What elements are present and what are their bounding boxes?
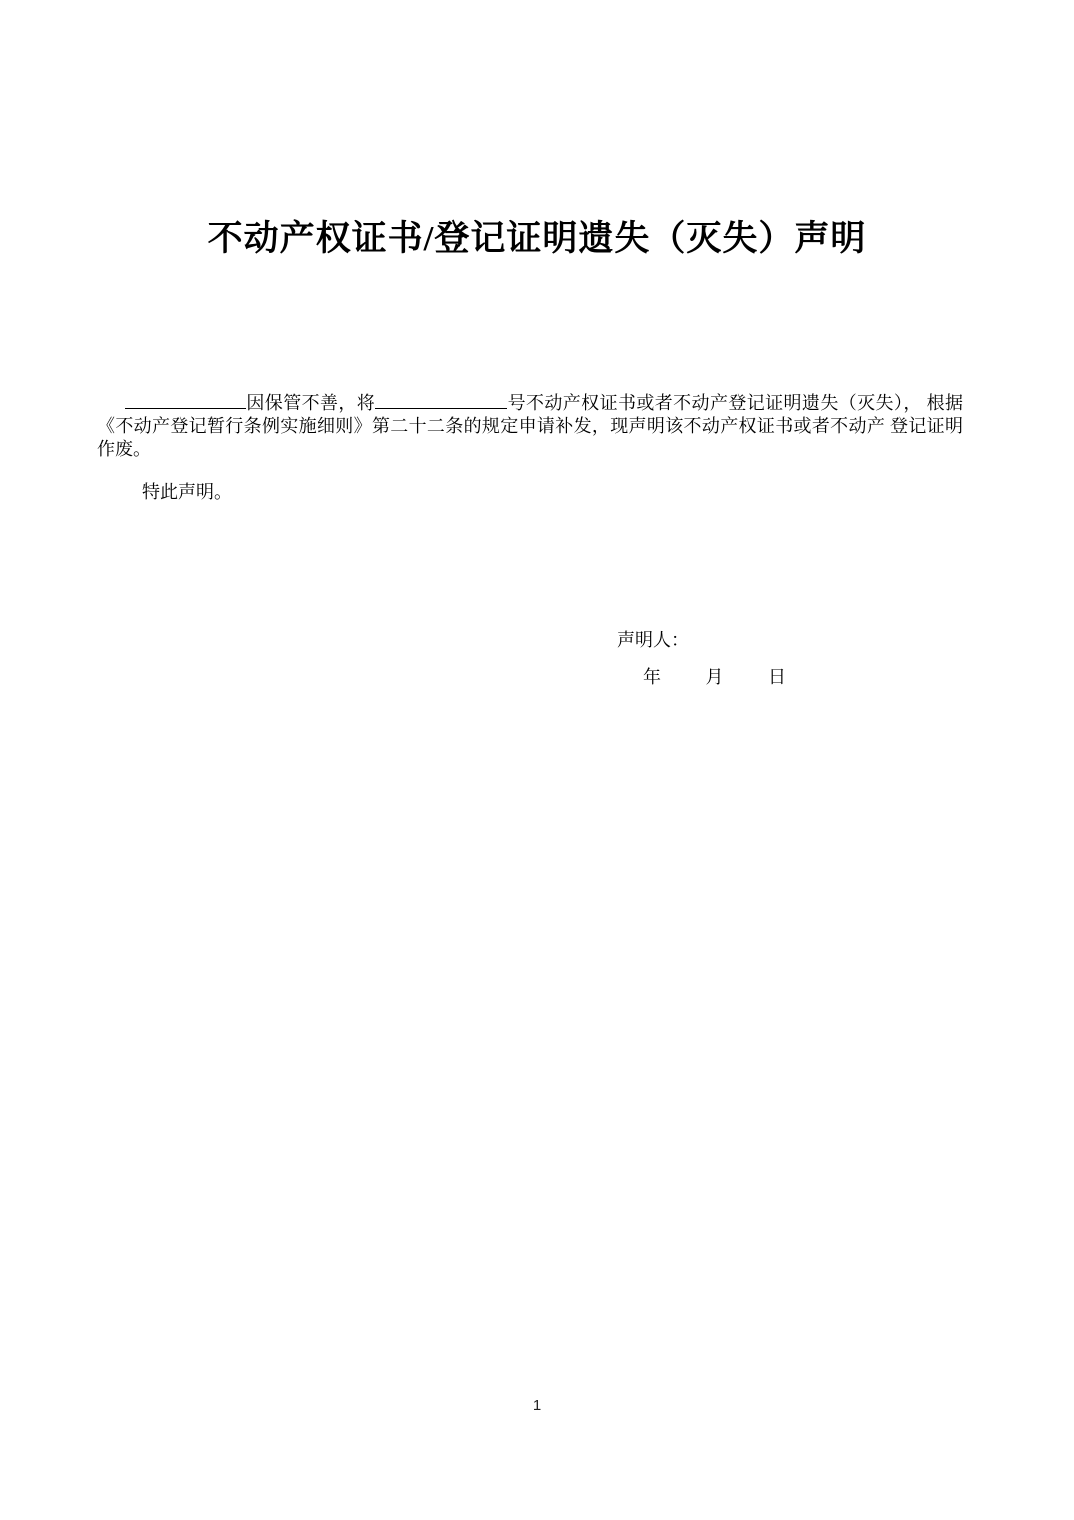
day-label: 日 [768, 667, 786, 687]
declarant-name-blank-field[interactable] [125, 393, 246, 409]
month-label: 月 [706, 667, 724, 687]
declarant-signature-label: 声明人： [617, 629, 689, 652]
document-page: 不动产权证书/登记证明遗失（灭失）声明 因保管不善，将号不动产权证书或者不动产登… [0, 0, 1074, 1520]
document-title: 不动产权证书/登记证明遗失（灭失）声明 [0, 216, 1074, 262]
hereby-statement: 特此声明。 [97, 481, 232, 504]
page-number: 1 [0, 1396, 1074, 1416]
certificate-number-blank-field[interactable] [375, 393, 507, 409]
declaration-paragraph: 因保管不善，将号不动产权证书或者不动产登记证明遗失（灭失）， 根据《不动产登记暂… [97, 392, 963, 461]
signature-date-line: 年 月 日 [643, 666, 786, 689]
paragraph-text-before-number: 因保管不善，将 [246, 393, 375, 413]
year-label: 年 [643, 667, 661, 687]
